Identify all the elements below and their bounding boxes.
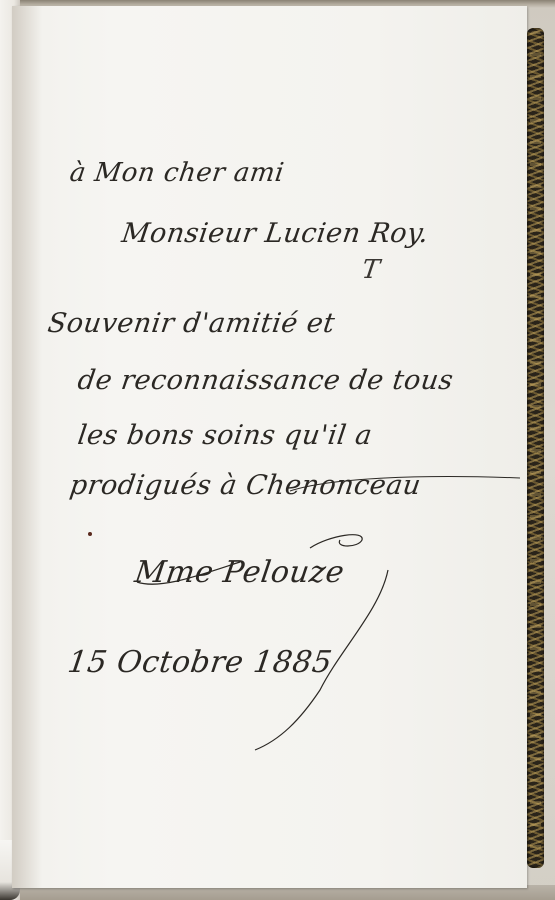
inscription-line-1: à Mon cher ami [68,158,286,188]
inscription-date: 15 Octobre 1885 [66,645,335,680]
signature: Mme Pelouze [133,555,347,590]
inscription-line-6: prodigués à Chenonceau [68,470,423,501]
inscription-line-5: les bons soins qu'il a [76,420,374,451]
inscription-line-3: Souvenir d'amitié et [46,308,337,339]
inscription-line-4: de reconnaissance de tous [76,365,456,396]
gilt-leather-binding-edge [527,28,544,868]
inscription-line-2: Monsieur Lucien Roy. [120,218,431,249]
ink-spot [88,532,92,536]
page-gutter-shadow [12,6,42,888]
gilt-tooling-pattern [530,31,541,865]
